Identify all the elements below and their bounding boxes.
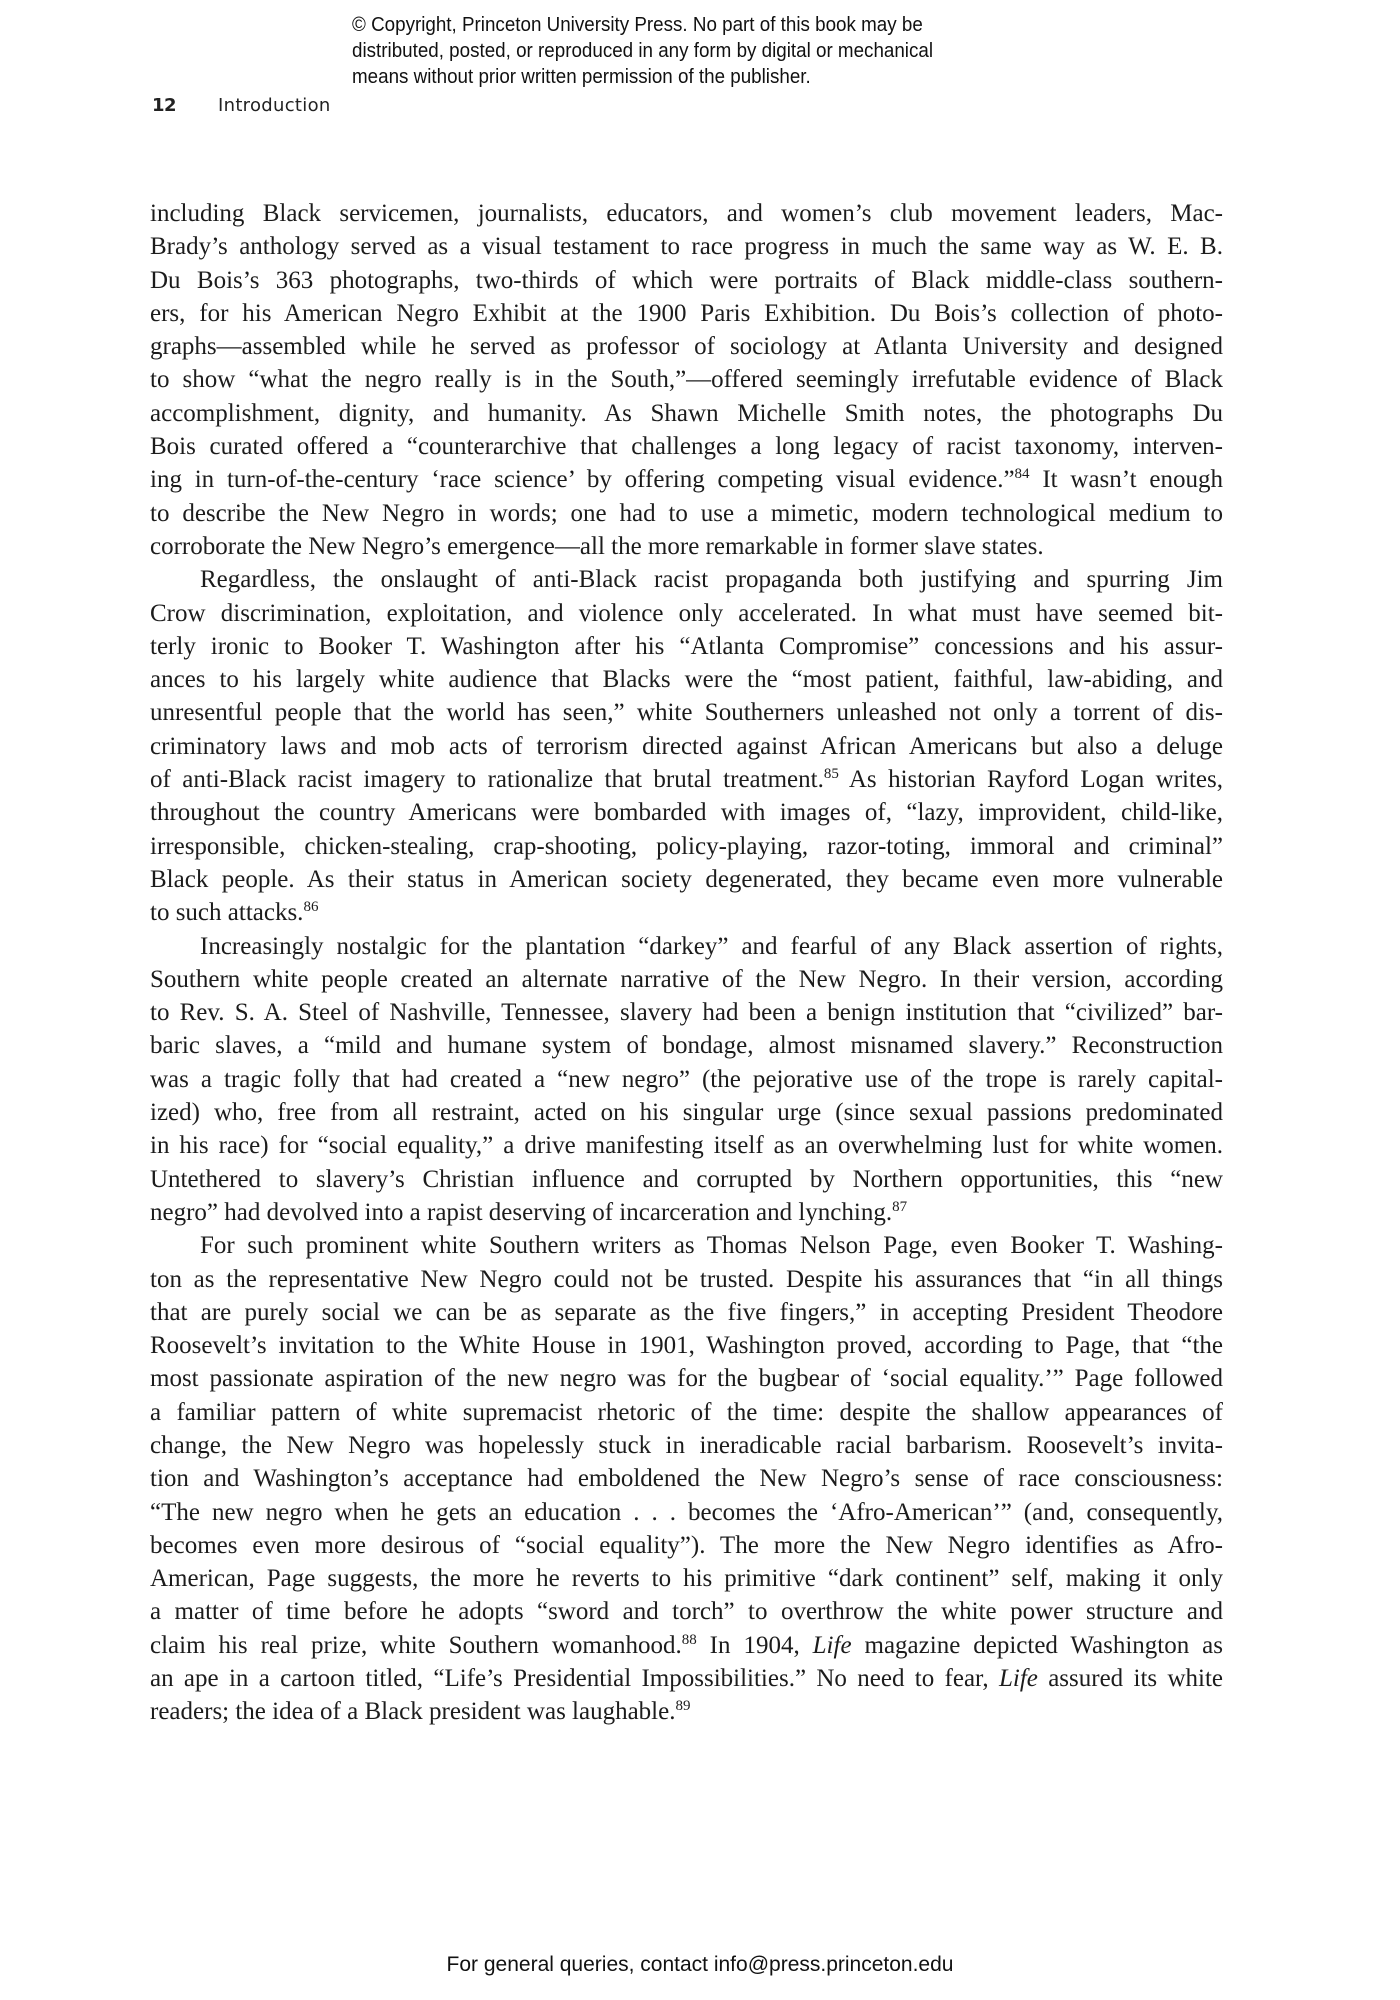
text-line: Bois curated offered a “counterarchive t…: [150, 430, 1223, 463]
text-run: becomes even more desirous of “social eq…: [150, 1532, 1223, 1559]
paragraph: Regardless, the onslaught of anti-Black …: [150, 563, 1223, 929]
text-run: a matter of time before he adopts “sword…: [150, 1598, 1223, 1625]
text-run: including Black servicemen, journalists,…: [150, 200, 1223, 227]
footnote-ref: 84: [1015, 466, 1030, 482]
italic-title: Life: [999, 1665, 1038, 1692]
text-line: most passionate aspiration of the new ne…: [150, 1362, 1223, 1395]
text-line: to such attacks.86: [150, 896, 1223, 929]
text-run: ers, for his American Negro Exhibit at t…: [150, 300, 1223, 327]
text-run: to show “what the negro really is in the…: [150, 366, 1223, 393]
text-line: of anti-Black racist imagery to rational…: [150, 763, 1223, 796]
text-run: accomplishment, dignity, and humanity. A…: [150, 400, 1223, 427]
text-run: claim his real prize, white Southern wom…: [150, 1632, 682, 1659]
text-run: to describe the New Negro in words; one …: [150, 500, 1223, 527]
text-line: negro” had devolved into a rapist deserv…: [150, 1196, 1223, 1229]
text-line: becomes even more desirous of “social eq…: [150, 1529, 1223, 1562]
text-run: an ape in a cartoon titled, “Life’s Pres…: [150, 1665, 999, 1692]
text-line: to describe the New Negro in words; one …: [150, 497, 1223, 530]
copyright-line: © Copyright, Princeton University Press.…: [352, 12, 878, 38]
text-run: Regardless, the onslaught of anti-Black …: [200, 566, 1223, 593]
text-run: readers; the idea of a Black president w…: [150, 1698, 675, 1725]
text-line: Increasingly nostalgic for the plantatio…: [150, 930, 1223, 963]
text-line: graphs—assembled while he served as prof…: [150, 330, 1223, 363]
text-line: an ape in a cartoon titled, “Life’s Pres…: [150, 1662, 1223, 1695]
text-run: to such attacks.: [150, 899, 303, 926]
text-line: “The new negro when he gets an education…: [150, 1496, 1223, 1529]
text-run: magazine depicted Washington as: [852, 1632, 1223, 1659]
italic-title: Life: [813, 1632, 852, 1659]
text-run: ing in turn-of-the-century ‘race science…: [150, 466, 1015, 493]
text-run: Bois curated offered a “counterarchive t…: [150, 433, 1223, 460]
footnote-ref: 89: [675, 1698, 690, 1714]
text-line: a familiar pattern of white supremacist …: [150, 1396, 1223, 1429]
text-line: accomplishment, dignity, and humanity. A…: [150, 397, 1223, 430]
copyright-notice: © Copyright, Princeton University Press.…: [352, 12, 878, 90]
text-line: was a tragic folly that had created a “n…: [150, 1063, 1223, 1096]
text-run: of anti-Black racist imagery to rational…: [150, 766, 824, 793]
text-line: ers, for his American Negro Exhibit at t…: [150, 297, 1223, 330]
text-run: terly ironic to Booker T. Washington aft…: [150, 633, 1223, 660]
text-line: Untethered to slavery’s Christian influe…: [150, 1163, 1223, 1196]
text-line: readers; the idea of a Black president w…: [150, 1695, 1223, 1728]
text-run: irresponsible, chicken-stealing, crap-sh…: [150, 833, 1223, 860]
text-run: unresentful people that the world has se…: [150, 699, 1223, 726]
copyright-line: means without prior written permission o…: [352, 64, 878, 90]
text-line: ized) who, free from all restraint, acte…: [150, 1096, 1223, 1129]
text-run: It wasn’t enough: [1030, 466, 1223, 493]
text-line: American, Page suggests, the more he rev…: [150, 1562, 1223, 1595]
text-run: Increasingly nostalgic for the plantatio…: [200, 933, 1223, 960]
text-run: Du Bois’s 363 photographs, two-thirds of…: [150, 267, 1223, 294]
text-run: was a tragic folly that had created a “n…: [150, 1066, 1223, 1093]
text-run: graphs—assembled while he served as prof…: [150, 333, 1223, 360]
text-run: assured its white: [1038, 1665, 1223, 1692]
text-run: Black people. As their status in America…: [150, 866, 1223, 893]
text-run: “The new negro when he gets an education…: [150, 1499, 1223, 1526]
paragraph: including Black servicemen, journalists,…: [150, 197, 1223, 563]
text-line: that are purely social we can be as sepa…: [150, 1296, 1223, 1329]
text-line: Regardless, the onslaught of anti-Black …: [150, 563, 1223, 596]
footnote-ref: 86: [303, 899, 318, 915]
text-run: change, the New Negro was hopelessly stu…: [150, 1432, 1223, 1459]
text-run: Southern white people created an alterna…: [150, 966, 1223, 993]
text-line: including Black servicemen, journalists,…: [150, 197, 1223, 230]
text-run: Brady’s anthology served as a visual tes…: [150, 233, 1223, 260]
text-line: a matter of time before he adopts “sword…: [150, 1595, 1223, 1628]
text-line: tion and Washington’s acceptance had emb…: [150, 1462, 1223, 1495]
page-number: 12: [152, 94, 176, 118]
footnote-ref: 88: [682, 1632, 697, 1648]
footnote-ref: 85: [824, 766, 839, 782]
text-line: Black people. As their status in America…: [150, 863, 1223, 896]
text-run: In 1904,: [697, 1632, 813, 1659]
section-title: Introduction: [218, 94, 331, 118]
text-line: Southern white people created an alterna…: [150, 963, 1223, 996]
text-run: Roosevelt’s invitation to the White Hous…: [150, 1332, 1223, 1359]
text-line: baric slaves, a “mild and humane system …: [150, 1029, 1223, 1062]
text-line: to Rev. S. A. Steel of Nashville, Tennes…: [150, 996, 1223, 1029]
text-line: corroborate the New Negro’s emergence—al…: [150, 530, 1223, 563]
text-run: As historian Rayford Logan writes,: [839, 766, 1223, 793]
text-line: ances to his largely white audience that…: [150, 663, 1223, 696]
text-line: irresponsible, chicken-stealing, crap-sh…: [150, 830, 1223, 863]
text-line: ing in turn-of-the-century ‘race science…: [150, 463, 1223, 496]
text-run: Untethered to slavery’s Christian influe…: [150, 1166, 1223, 1193]
text-run: ized) who, free from all restraint, acte…: [150, 1099, 1223, 1126]
text-run: throughout the country Americans were bo…: [150, 799, 1223, 826]
text-line: in his race) for “social equality,” a dr…: [150, 1129, 1223, 1162]
text-line: Brady’s anthology served as a visual tes…: [150, 230, 1223, 263]
text-line: Crow discrimination, exploitation, and v…: [150, 597, 1223, 630]
text-line: terly ironic to Booker T. Washington aft…: [150, 630, 1223, 663]
text-run: to Rev. S. A. Steel of Nashville, Tennes…: [150, 999, 1223, 1026]
text-run: corroborate the New Negro’s emergence—al…: [150, 533, 1044, 560]
text-line: unresentful people that the world has se…: [150, 696, 1223, 729]
text-run: tion and Washington’s acceptance had emb…: [150, 1465, 1223, 1492]
text-line: For such prominent white Southern writer…: [150, 1229, 1223, 1262]
footnote-ref: 87: [892, 1199, 907, 1215]
text-run: in his race) for “social equality,” a dr…: [150, 1132, 1223, 1159]
body-text: including Black servicemen, journalists,…: [150, 197, 1223, 1729]
text-run: a familiar pattern of white supremacist …: [150, 1399, 1223, 1426]
copyright-line: distributed, posted, or reproduced in an…: [352, 38, 878, 64]
footer-contact: For general queries, contact info@press.…: [0, 1952, 1400, 1978]
paragraph: Increasingly nostalgic for the plantatio…: [150, 930, 1223, 1230]
text-run: baric slaves, a “mild and humane system …: [150, 1032, 1223, 1059]
text-run: ton as the representative New Negro coul…: [150, 1266, 1223, 1293]
text-run: most passionate aspiration of the new ne…: [150, 1365, 1223, 1392]
text-line: claim his real prize, white Southern wom…: [150, 1629, 1223, 1662]
text-run: negro” had devolved into a rapist deserv…: [150, 1199, 892, 1226]
text-run: For such prominent white Southern writer…: [200, 1232, 1223, 1259]
text-line: to show “what the negro really is in the…: [150, 363, 1223, 396]
text-run: that are purely social we can be as sepa…: [150, 1299, 1223, 1326]
text-run: American, Page suggests, the more he rev…: [150, 1565, 1223, 1592]
text-run: criminatory laws and mob acts of terrori…: [150, 733, 1223, 760]
text-line: Du Bois’s 363 photographs, two-thirds of…: [150, 264, 1223, 297]
text-run: ances to his largely white audience that…: [150, 666, 1223, 693]
text-run: Crow discrimination, exploitation, and v…: [150, 600, 1223, 627]
paragraph: For such prominent white Southern writer…: [150, 1229, 1223, 1728]
text-line: criminatory laws and mob acts of terrori…: [150, 730, 1223, 763]
text-line: Roosevelt’s invitation to the White Hous…: [150, 1329, 1223, 1362]
text-line: change, the New Negro was hopelessly stu…: [150, 1429, 1223, 1462]
text-line: ton as the representative New Negro coul…: [150, 1263, 1223, 1296]
text-line: throughout the country Americans were bo…: [150, 796, 1223, 829]
